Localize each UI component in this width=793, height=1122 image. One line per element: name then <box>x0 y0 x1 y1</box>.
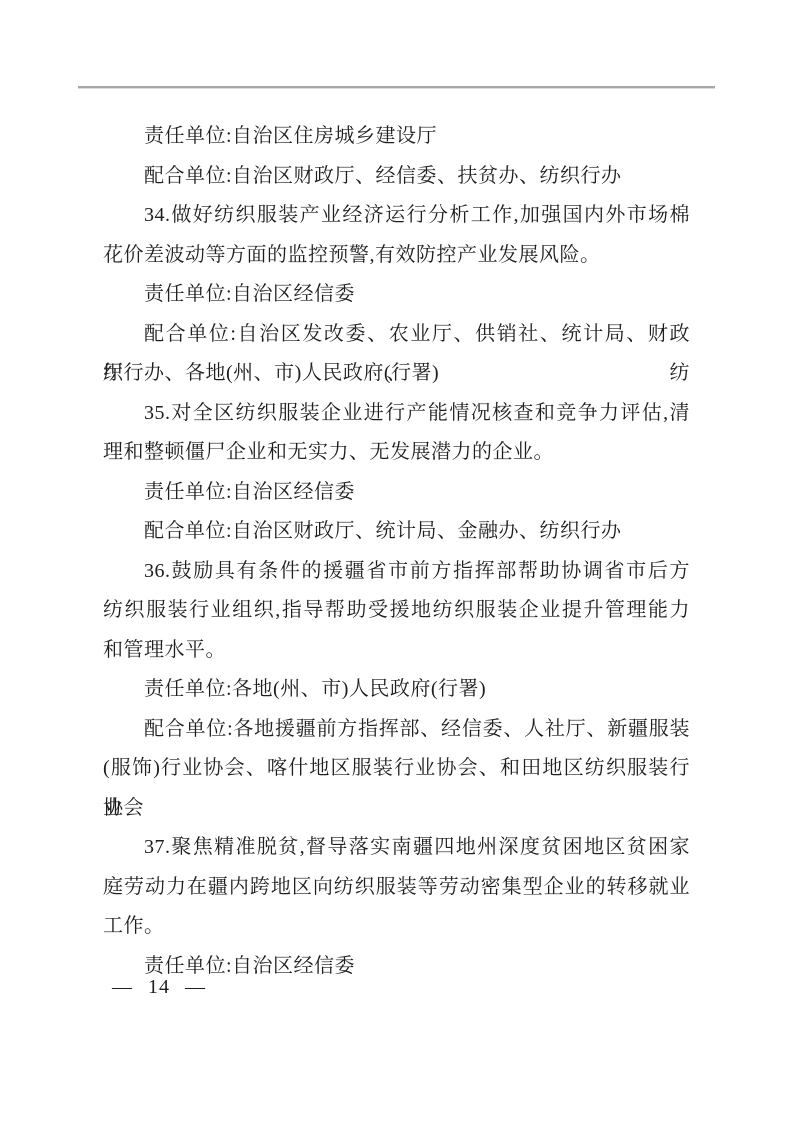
doc-line: 纺织服装行业组织,指导帮助受援地纺织服装企业提升管理能力 <box>103 591 690 631</box>
document-page: 责任单位:自治区住房城乡建设厅 配合单位:自治区财政厅、经信委、扶贫办、纺织行办… <box>0 0 793 1122</box>
doc-line: 37.聚焦精准脱贫,督导落实南疆四地州深度贫困地区贫困家 <box>103 828 690 868</box>
doc-line: 配合单位:自治区财政厅、经信委、扶贫办、纺织行办 <box>103 157 690 197</box>
doc-line: 36.鼓励具有条件的援疆省市前方指挥部帮助协调省市后方 <box>103 552 690 592</box>
doc-line: 协会 <box>103 789 690 829</box>
doc-line: 责任单位:各地(州、市)人民政府(行署) <box>103 670 690 710</box>
doc-line: 配合单位:各地援疆前方指挥部、经信委、人社厅、新疆服装 <box>103 710 690 750</box>
doc-line: 和管理水平。 <box>103 631 690 671</box>
doc-line: 理和整顿僵尸企业和无实力、无发展潜力的企业。 <box>103 433 690 473</box>
doc-line: 35.对全区纺织服装企业进行产能情况核查和竞争力评估,清 <box>103 394 690 434</box>
doc-line: 责任单位:自治区住房城乡建设厅 <box>103 117 690 157</box>
document-body: 责任单位:自治区住房城乡建设厅 配合单位:自治区财政厅、经信委、扶贫办、纺织行办… <box>103 117 690 986</box>
header-rule-divider <box>78 86 715 88</box>
doc-line: 工作。 <box>103 907 690 947</box>
doc-line: 责任单位:自治区经信委 <box>103 275 690 315</box>
doc-line: (服饰)行业协会、喀什地区服装行业协会、和田地区纺织服装行业 <box>103 749 690 789</box>
doc-line: 庭劳动力在疆内跨地区向纺织服装等劳动密集型企业的转移就业 <box>103 868 690 908</box>
doc-line: 配合单位:自治区发改委、农业厅、供销社、统计局、财政厅、纺 <box>103 315 690 355</box>
doc-line: 花价差波动等方面的监控预警,有效防控产业发展风险。 <box>103 236 690 276</box>
doc-line: 配合单位:自治区财政厅、统计局、金融办、纺织行办 <box>103 512 690 552</box>
page-number: — 14 — <box>112 974 206 1000</box>
doc-line: 34.做好纺织服装产业经济运行分析工作,加强国内外市场棉 <box>103 196 690 236</box>
doc-line: 责任单位:自治区经信委 <box>103 473 690 513</box>
